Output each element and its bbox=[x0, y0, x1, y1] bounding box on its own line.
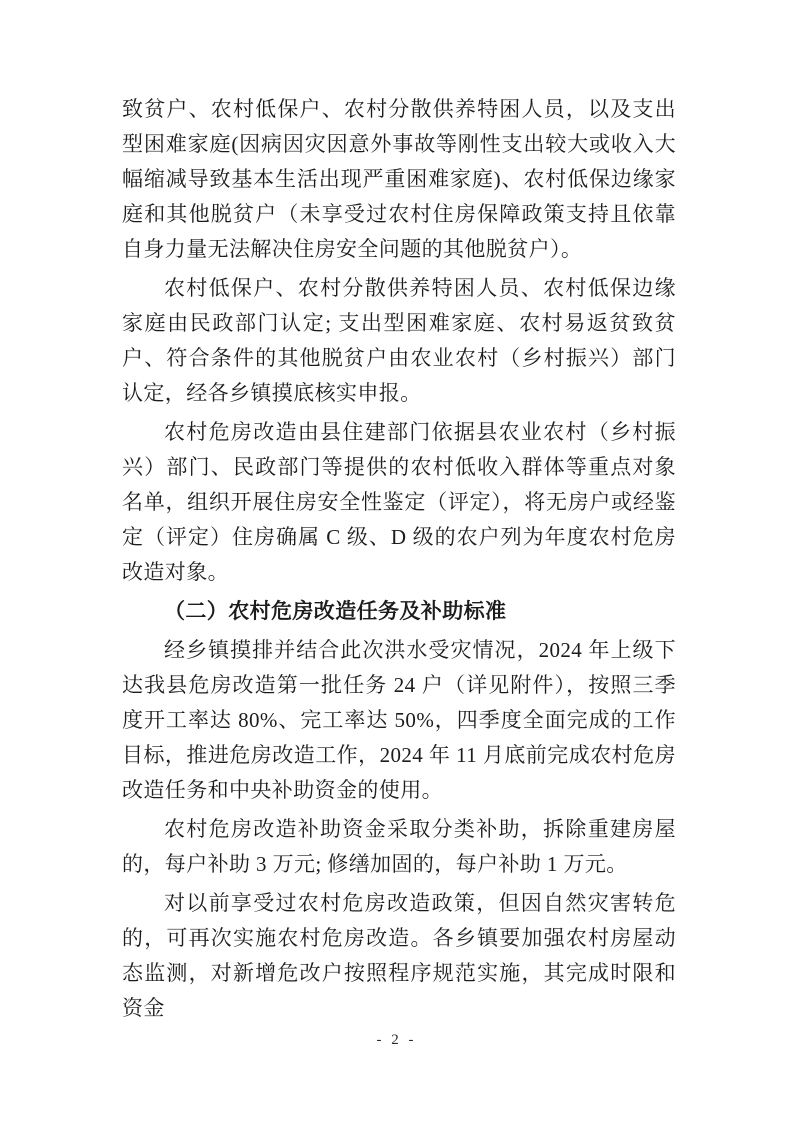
paragraph: 农村低保户、农村分散供养特困人员、农村低保边缘家庭由民政部门认定; 支出型困难家… bbox=[122, 271, 676, 411]
paragraph: 农村危房改造由县住建部门依据县农业农村（乡村振兴）部门、民政部门等提供的农村低收… bbox=[122, 415, 676, 590]
document-page: 致贫户、农村低保户、农村分散供养特困人员，以及支出型困难家庭(因病因灾因意外事故… bbox=[0, 0, 793, 1122]
page-body: 致贫户、农村低保户、农村分散供养特困人员，以及支出型困难家庭(因病因灾因意外事故… bbox=[122, 92, 676, 1030]
section-heading: （二）农村危房改造任务及补助标准 bbox=[122, 594, 676, 629]
paragraph-continuation: 致贫户、农村低保户、农村分散供养特困人员，以及支出型困难家庭(因病因灾因意外事故… bbox=[122, 92, 676, 267]
paragraph: 农村危房改造补助资金采取分类补助，拆除重建房屋的，每户补助 3 万元; 修缮加固… bbox=[122, 812, 676, 882]
paragraph: 经乡镇摸排并结合此次洪水受灾情况，2024 年上级下达我县危房改造第一批任务 2… bbox=[122, 633, 676, 808]
paragraph: 对以前享受过农村危房改造政策，但因自然灾害转危的，可再次实施农村危房改造。各乡镇… bbox=[122, 886, 676, 1026]
page-number: - 2 - bbox=[0, 1030, 793, 1050]
